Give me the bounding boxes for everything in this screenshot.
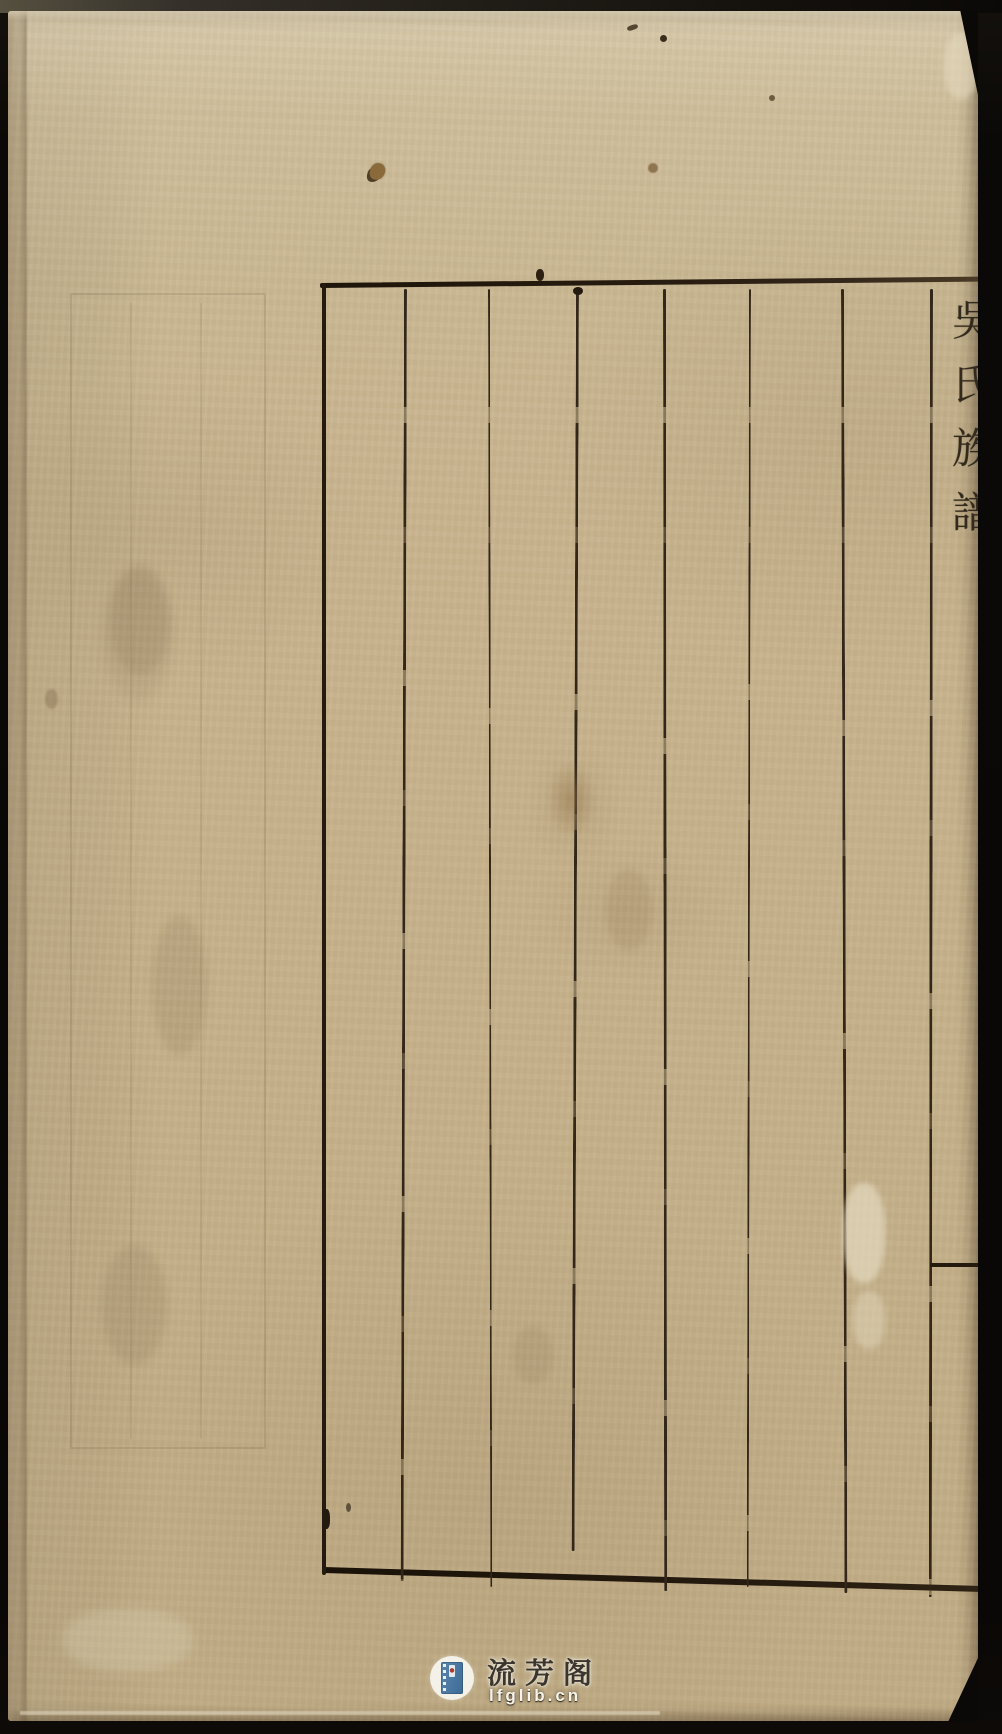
water-stain — [546, 761, 596, 837]
ink-speck — [660, 35, 667, 42]
ink-speck — [648, 163, 658, 173]
ink-speck — [769, 95, 775, 101]
ink-speck — [573, 287, 583, 295]
ghost-column-line — [200, 303, 202, 1439]
grid-left-border — [322, 283, 326, 1575]
paper-top-edge-highlight — [8, 11, 978, 21]
title-column-divider — [930, 1263, 978, 1267]
book-title-label-icon — [449, 1665, 455, 1677]
water-stain — [513, 1326, 553, 1384]
ink-speck — [322, 1509, 330, 1529]
ghost-text-smudge — [152, 915, 207, 1055]
ink-speck — [536, 269, 544, 281]
ink-speck — [346, 1503, 351, 1512]
watermark-badge — [430, 1656, 474, 1700]
watermark-domain: lfglib.cn — [489, 1686, 581, 1706]
scanned-page-root: 吳氏族譜 流芳阁 lfglib.cn — [0, 0, 1002, 1734]
paper-chip — [843, 1183, 885, 1283]
paper-chip — [853, 1291, 885, 1349]
paper-sheet: 吳氏族譜 流芳阁 lfglib.cn — [8, 11, 978, 1721]
watermark: 流芳阁 lfglib.cn — [423, 1649, 683, 1719]
page-title-vertical: 吳氏族譜 — [946, 298, 978, 598]
book-stitch-icon — [443, 1664, 446, 1692]
ink-speck — [45, 689, 58, 709]
ghost-impression-frame — [70, 293, 266, 1449]
paper-chip — [63, 1609, 193, 1671]
under-page-seam — [8, 11, 28, 1721]
water-stain — [103, 571, 173, 701]
chinese-book-icon — [441, 1662, 463, 1694]
water-stain — [606, 869, 652, 951]
ghost-text-smudge — [102, 1245, 167, 1365]
